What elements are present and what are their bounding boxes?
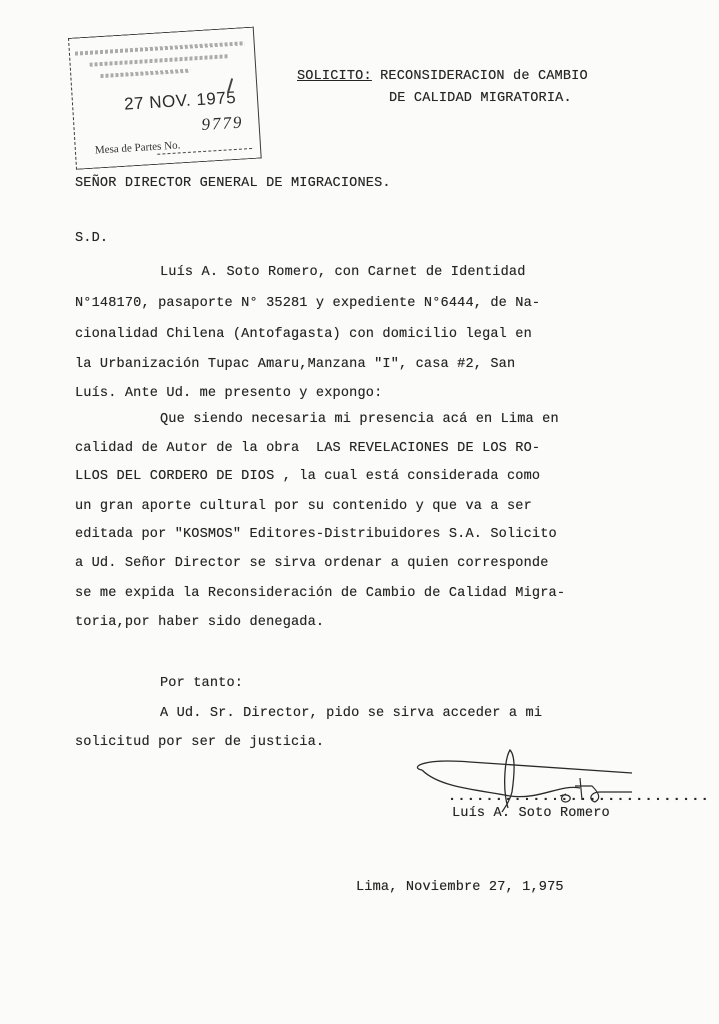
signature-name: Luís A. Soto Romero <box>452 806 610 821</box>
reception-stamp: 27 NOV. 1975 9779 Mesa de Partes No. <box>68 27 262 170</box>
addressee: SEÑOR DIRECTOR GENERAL DE MIGRACIONES. <box>75 176 391 191</box>
body-p1-line: Luís A. Soto Romero, con Carnet de Ident… <box>160 265 526 280</box>
document-page: 27 NOV. 1975 9779 Mesa de Partes No. SOL… <box>0 0 719 1024</box>
closing-request-line: A Ud. Sr. Director, pido se sirva accede… <box>160 706 542 721</box>
body-p2-line: un gran aporte cultural por su contenido… <box>75 499 532 514</box>
body-p2-line: toria,por haber sido denegada. <box>75 615 324 630</box>
body-p1-line: N°148170, pasaporte N° 35281 y expedient… <box>75 296 540 311</box>
body-p2-line: a Ud. Señor Director se sirva ordenar a … <box>75 556 549 571</box>
subject-line-2: DE CALIDAD MIGRATORIA. <box>389 91 572 106</box>
body-p2-line: calidad de Autor de la obra LAS REVELACI… <box>75 441 540 456</box>
subject-label: SOLICITO: <box>297 69 372 84</box>
subject-line-1: SOLICITO: RECONSIDERACION de CAMBIO <box>297 69 588 84</box>
subject-text-1: RECONSIDERACION de CAMBIO <box>380 69 588 84</box>
closing-request-line: solicitud por ser de justicia. <box>75 735 324 750</box>
body-p1-line: cionalidad Chilena (Antofagasta) con dom… <box>75 327 532 342</box>
body-p1-line: la Urbanización Tupac Amaru,Manzana "I",… <box>75 357 515 372</box>
place-date: Lima, Noviembre 27, 1,975 <box>356 880 564 895</box>
stamp-number: 9779 <box>201 112 244 135</box>
closing-por-tanto: Por tanto: <box>160 676 243 691</box>
body-p2-line: LLOS DEL CORDERO DE DIOS , la cual está … <box>75 469 540 484</box>
body-p2-line: se me expida la Reconsideración de Cambi… <box>75 586 565 601</box>
signature-dotted-line: ............................ <box>448 790 710 805</box>
body-p2-line: Que siendo necesaria mi presencia acá en… <box>160 412 559 427</box>
salutation: S.D. <box>75 231 108 246</box>
body-p2-line: editada por "KOSMOS" Editores-Distribuid… <box>75 527 557 542</box>
body-p1-line: Luís. Ante Ud. me presento y expongo: <box>75 386 382 401</box>
